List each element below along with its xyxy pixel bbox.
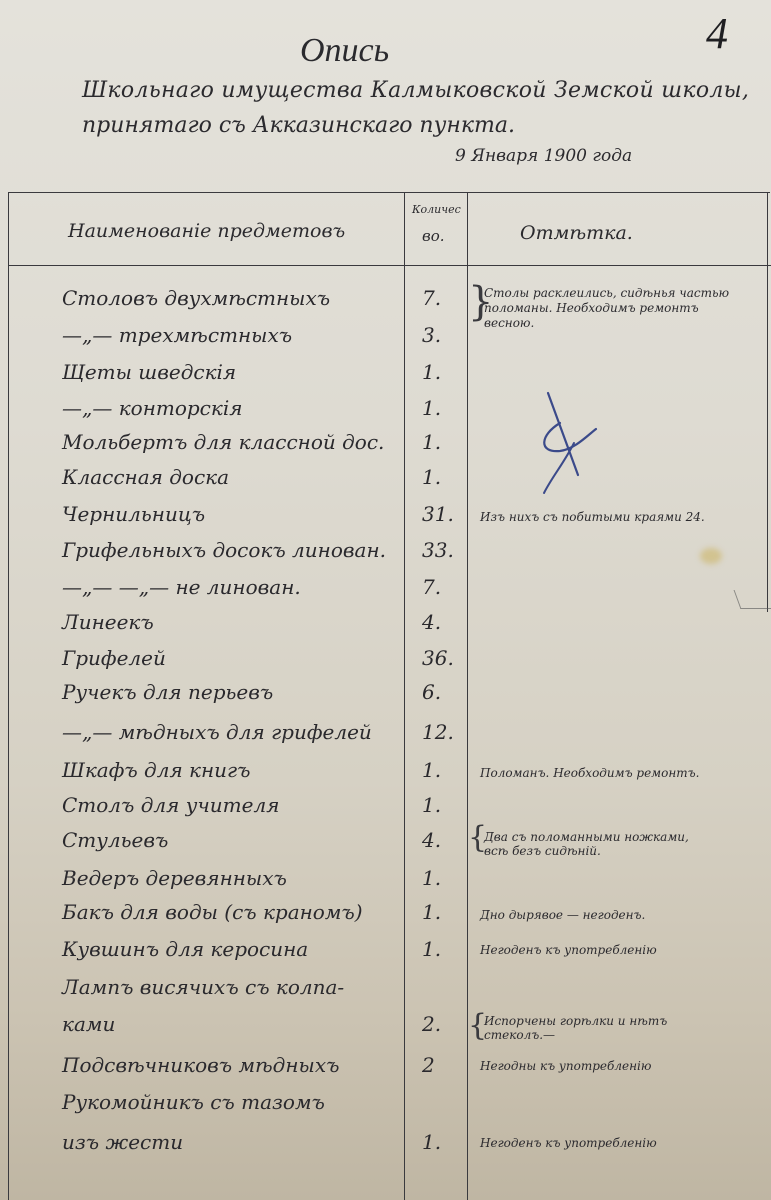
table-row: Грифелей 36. (0, 646, 771, 676)
item-name: —„— конторскія (62, 396, 242, 420)
table-row: Мольбертъ для классной дос. 1. (0, 430, 771, 460)
item-name: Лампъ висячихъ съ колпа- (62, 975, 344, 999)
note-line: стеколъ.— (484, 1028, 555, 1043)
table-row: Щеты шведскія 1. (0, 360, 771, 390)
table-row: Бакъ для воды (съ краномъ) 1. Дно дыряво… (0, 900, 771, 930)
table-row: Рукомойникъ съ тазомъ (0, 1090, 771, 1120)
table-row: Кувшинъ для керосина 1. Негоденъ къ упот… (0, 937, 771, 967)
item-name: Грифельныхъ досокъ линован. (62, 538, 386, 562)
item-qty: 1. (422, 360, 441, 384)
group-note-desks: Столы расклеились, сидѣнья частью полома… (0, 286, 771, 316)
document-title: Опись (300, 32, 389, 70)
item-qty: 1. (422, 430, 441, 454)
item-qty: 33. (422, 538, 454, 562)
table-row: Классная доска 1. (0, 465, 771, 495)
table-row: —„— мѣдныхъ для грифелей 12. (0, 720, 771, 750)
table-row: —„— трехмѣстныхъ 3. (0, 323, 771, 353)
item-name: Шкафъ для книгъ (62, 758, 250, 782)
item-qty: 1. (422, 465, 441, 489)
item-name: Бакъ для воды (съ краномъ) (62, 900, 363, 924)
item-name: Ведеръ деревянныхъ (62, 866, 287, 890)
item-name: —„— —„— не линован. (62, 575, 301, 599)
item-name: Линеекъ (62, 610, 154, 634)
item-name: —„— трехмѣстныхъ (62, 323, 292, 347)
item-qty: 7. (422, 575, 441, 599)
item-note: Изъ нихъ съ побитыми краями 24. (480, 510, 705, 525)
document-page: 4 Опись Школьнаго имущества Калмыковской… (0, 0, 771, 1200)
item-note: Негоденъ къ употребленію (480, 943, 657, 958)
note-line: поломаны. Необходимъ ремонтъ (484, 301, 699, 316)
group-note-chairs: Два съ поломанными ножками, всѣ безъ сид… (0, 830, 771, 860)
column-header-note: Отмѣтка. (520, 222, 633, 244)
item-name: —„— мѣдныхъ для грифелей (62, 720, 372, 744)
item-qty: 31. (422, 502, 454, 526)
table-row: Столъ для учителя 1. (0, 793, 771, 823)
header-divider (8, 265, 771, 266)
item-name: Грифелей (62, 646, 166, 670)
table-row: Шкафъ для книгъ 1. Поломанъ. Необходимъ … (0, 758, 771, 788)
item-qty: 3. (422, 323, 441, 347)
item-note: Негодны къ употребленію (480, 1059, 651, 1074)
item-qty: 4. (422, 610, 441, 634)
table-row: Ведеръ деревянныхъ 1. (0, 866, 771, 896)
item-qty: 1. (422, 1130, 441, 1154)
document-subtitle-line1: Школьнаго имущества Калмыковской Земской… (82, 78, 749, 103)
document-subtitle-line2: принятаго съ Акказинскаго пункта. (82, 113, 515, 138)
item-name: Столъ для учителя (62, 793, 279, 817)
table-row: Подсвѣчниковъ мѣдныхъ 2 Негодны къ употр… (0, 1053, 771, 1083)
column-header-name: Наименованіе предметовъ (68, 220, 345, 242)
note-line: Столы расклеились, сидѣнья частью (484, 286, 729, 301)
note-line: всѣ безъ сидѣній. (484, 844, 601, 859)
item-name: Подсвѣчниковъ мѣдныхъ (62, 1053, 339, 1077)
document-date: 9 Января 1900 года (455, 146, 632, 166)
item-qty: 1. (422, 793, 441, 817)
item-note: Дно дырявое — негоденъ. (480, 908, 645, 923)
item-qty: 1. (422, 758, 441, 782)
paper-crease (734, 590, 771, 609)
item-note: Негоденъ къ употребленію (480, 1136, 657, 1151)
table-row: изъ жести 1. Негоденъ къ употребленію (0, 1130, 771, 1160)
item-qty: 12. (422, 720, 454, 744)
item-qty: 1. (422, 866, 441, 890)
page-number: 4 (706, 8, 728, 59)
item-qty: 6. (422, 680, 441, 704)
item-name: Классная доска (62, 465, 229, 489)
note-line: Два съ поломанными ножками, (484, 830, 689, 845)
table-row: —„— —„— не линован. 7. (0, 575, 771, 605)
item-name: Чернильницъ (62, 502, 205, 526)
item-qty: 2 (422, 1053, 435, 1077)
table-row: Чернильницъ 31. Изъ нихъ съ побитыми кра… (0, 502, 771, 532)
item-name: Рукомойникъ съ тазомъ (62, 1090, 325, 1114)
group-note-lamps: Испорчены горѣлки и нѣтъ стеколъ.— (0, 1014, 771, 1044)
table-row: Лампъ висячихъ съ колпа- (0, 975, 771, 1005)
table-row: —„— конторскія 1. (0, 396, 771, 426)
item-name: изъ жести (62, 1130, 183, 1154)
item-qty: 1. (422, 900, 441, 924)
pencil-four-mark-icon (530, 385, 600, 495)
item-qty: 1. (422, 396, 441, 420)
note-line: весною. (484, 316, 534, 331)
note-line: Испорчены горѣлки и нѣтъ (484, 1014, 667, 1029)
column-header-qty-line2: во. (422, 227, 445, 245)
table-row: Грифельныхъ досокъ линован. 33. (0, 538, 771, 568)
table-row: Линеекъ 4. (0, 610, 771, 640)
item-note: Поломанъ. Необходимъ ремонтъ. (480, 766, 699, 781)
column-header-qty: Количес (412, 203, 461, 216)
item-name: Кувшинъ для керосина (62, 937, 308, 961)
item-qty: 36. (422, 646, 454, 670)
item-qty: 1. (422, 937, 441, 961)
item-name: Щеты шведскія (62, 360, 236, 384)
table-row: Ручекъ для перьевъ 6. (0, 680, 771, 710)
item-name: Мольбертъ для классной дос. (62, 430, 384, 454)
item-name: Ручекъ для перьевъ (62, 680, 273, 704)
paper-stain (700, 548, 722, 564)
